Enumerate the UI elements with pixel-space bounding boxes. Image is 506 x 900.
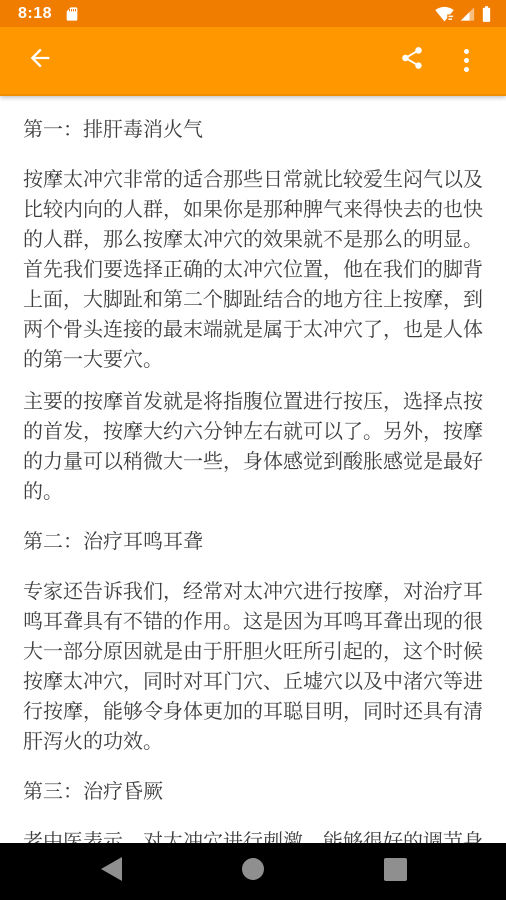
overflow-menu-button[interactable] — [446, 41, 486, 81]
nav-recents-square-icon — [384, 858, 407, 886]
app-bar-actions — [392, 41, 486, 81]
nav-back-button[interactable] — [98, 859, 124, 885]
back-button[interactable] — [20, 41, 60, 81]
nav-home-circle-icon — [241, 857, 265, 886]
article-paragraph: 主要的按摩首发就是将指腹位置进行按压，选择点按的首发，按摩大约六分钟左右就可以了… — [23, 387, 483, 507]
clock-text: 8:18 — [18, 5, 52, 23]
wifi-icon — [435, 6, 454, 22]
article-content[interactable]: 第一：排肝毒消火气 按摩太冲穴非常的适合那些日常就比较爱生闷气以及比较内向的人群… — [0, 98, 506, 900]
share-icon — [399, 45, 425, 76]
nav-back-triangle-icon — [101, 857, 122, 886]
nav-home-button[interactable] — [240, 859, 266, 885]
article-section: 第二：治疗耳鸣耳聋 专家还告诉我们，经常对太冲穴进行按摩，对治疗耳鸣耳聋具有不错… — [23, 527, 483, 757]
battery-icon — [481, 5, 492, 23]
more-vert-icon — [464, 49, 469, 72]
article-paragraph: 按摩太冲穴非常的适合那些日常就比较爱生闷气以及比较内向的人群，如果你是那种脾气来… — [23, 165, 483, 375]
article-paragraph: 专家还告诉我们，经常对太冲穴进行按摩，对治疗耳鸣耳聋具有不错的作用。这是因为耳鸣… — [23, 577, 483, 757]
status-bar-left: 8:18 — [14, 5, 80, 23]
article-section: 第一：排肝毒消火气 按摩太冲穴非常的适合那些日常就比较爱生闷气以及比较内向的人群… — [23, 115, 483, 507]
navigation-bar — [0, 843, 506, 900]
nav-recents-button[interactable] — [382, 859, 408, 885]
share-button[interactable] — [392, 41, 432, 81]
sd-card-icon — [64, 5, 80, 23]
status-bar: 8:18 — [0, 0, 506, 27]
arrow-back-icon — [26, 44, 54, 77]
cell-signal-icon — [459, 6, 476, 22]
section-heading: 第三：治疗昏厥 — [23, 777, 483, 807]
section-heading: 第一：排肝毒消火气 — [23, 115, 483, 145]
app-bar — [0, 27, 506, 96]
section-heading: 第二：治疗耳鸣耳聋 — [23, 527, 483, 557]
status-bar-right — [435, 5, 492, 23]
